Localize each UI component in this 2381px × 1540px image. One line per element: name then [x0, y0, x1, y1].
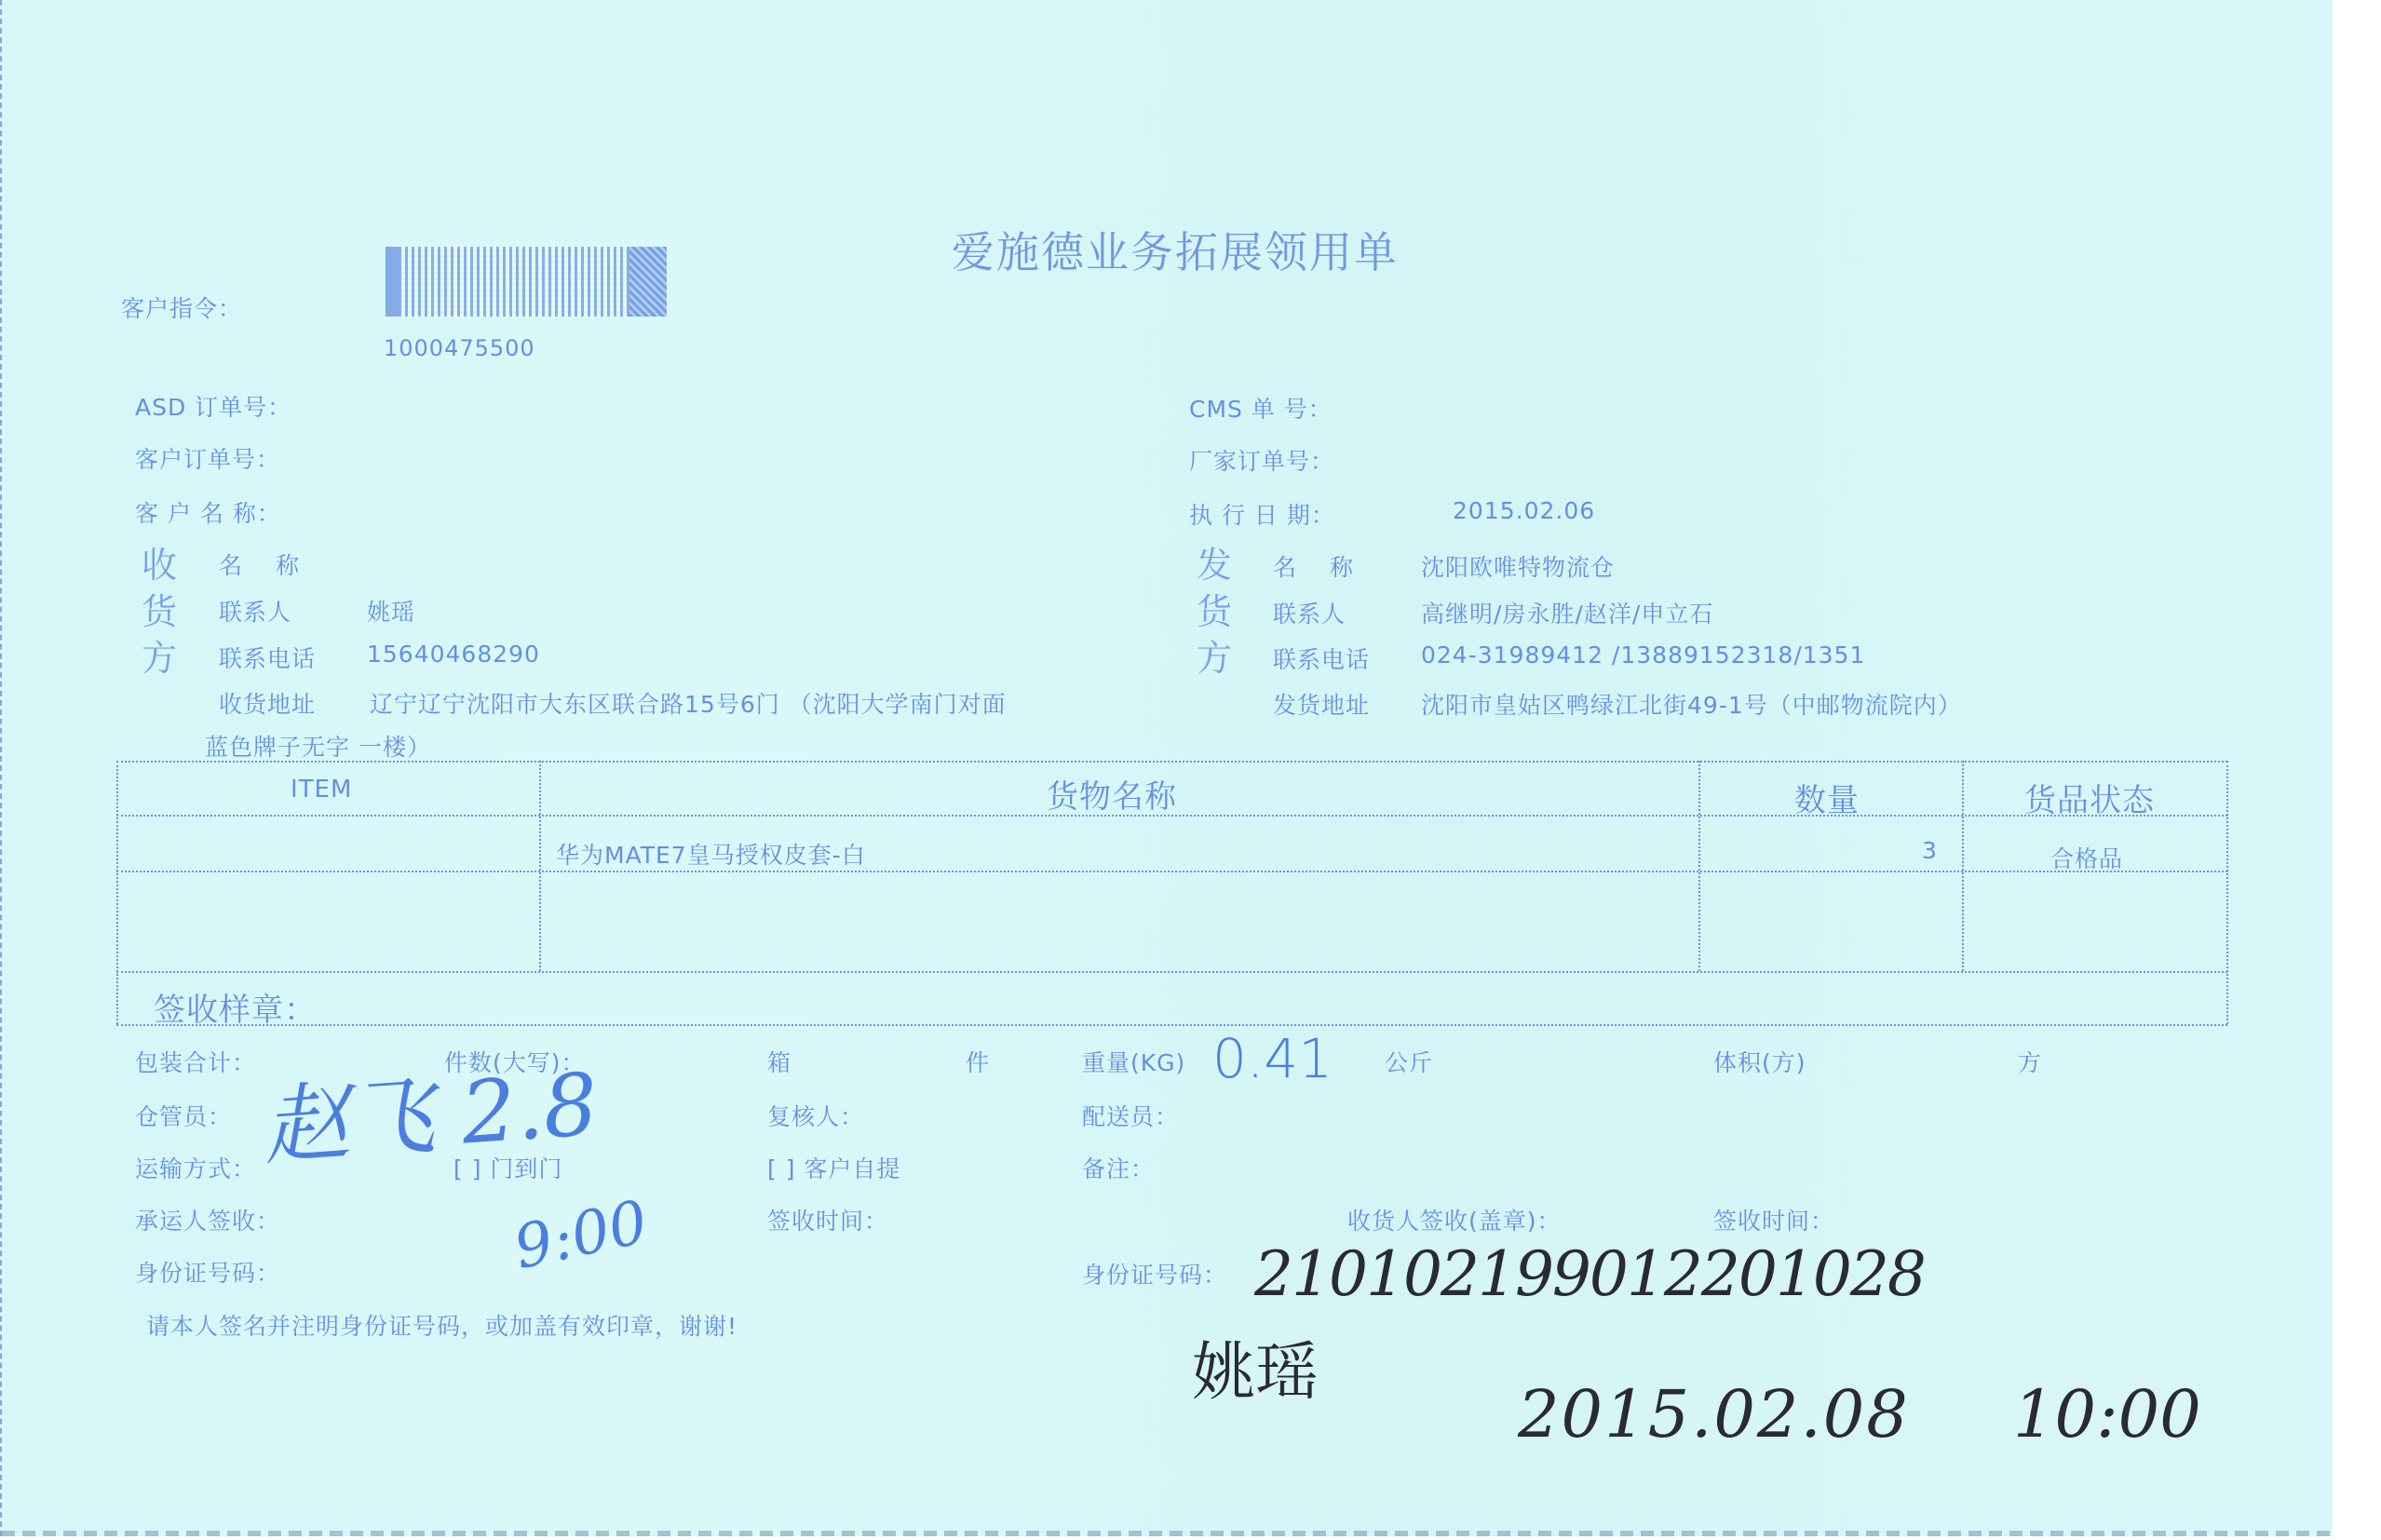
delivery-label: 配送员： [1082, 1099, 1179, 1132]
sender-address-value: 沈阳市皇姑区鸭绿江北街49-1号（中邮物流院内） [1421, 687, 1962, 721]
delivery-form-paper: 爱施德业务拓展领用单 客户指令： 1000475500 ASD 订单号： 客户订… [0, 0, 2333, 1536]
row-quantity: 3 [1922, 837, 1938, 864]
receiver-phone-label: 联系电话 [219, 641, 316, 674]
execution-date-label: 执 行 日 期： [1189, 497, 1335, 531]
customer-instruction-label: 客户指令： [121, 290, 242, 324]
piece-label: 件 [966, 1045, 990, 1078]
customer-name-label: 客 户 名 称： [135, 495, 281, 529]
weight-value: 0.41 [1212, 1027, 1333, 1090]
carrier-sign-label: 承运人签收： [135, 1203, 280, 1236]
asd-order-label: ASD 订单号： [135, 389, 291, 423]
row-goods-name: 华为MATE7皇马授权皮套-白 [556, 837, 866, 871]
receive-date: 2015.02.08 [1518, 1376, 1910, 1452]
sender-side-char-3: 方 [1197, 629, 1233, 681]
receiver-address-label: 收货地址 [219, 686, 316, 720]
volume-label: 体积(方) [1713, 1045, 1806, 1078]
stamp-label: 签收样章： [154, 984, 317, 1030]
self-pickup-checkbox[interactable]: [ ] 客户自提 [767, 1151, 900, 1184]
receiver-contact-value: 姚瑶 [367, 594, 415, 628]
receiver-name-label: 名 称 [219, 547, 312, 581]
checker-label: 复核人： [767, 1099, 864, 1132]
execution-date-value: 2015.02.06 [1453, 497, 1595, 524]
sender-name-label: 名 称 [1273, 549, 1366, 583]
sender-phone-label: 联系电话 [1273, 642, 1370, 675]
receiver-address-line2: 蓝色牌子无字 一楼） [205, 729, 431, 763]
signature-notice: 请本人签名并注明身份证号码，或加盖有效印章，谢谢! [146, 1308, 737, 1342]
receiver-address-line1: 辽宁辽宁沈阳市大东区联合路15号6门 （沈阳大学南门对面 [370, 686, 1007, 720]
sender-side-char-1: 发 [1197, 536, 1233, 588]
transport-label: 运输方式： [135, 1151, 256, 1184]
keeper-label: 仓管员： [135, 1099, 232, 1132]
receiver-signature: 姚瑶 [1192, 1322, 1319, 1412]
receive-time: 10:00 [2013, 1376, 2201, 1452]
remark-label: 备注： [1082, 1151, 1155, 1184]
door-to-door-checkbox[interactable]: [ ] 门到门 [453, 1151, 562, 1184]
factory-order-label: 厂家订单号： [1189, 443, 1334, 477]
sender-address-label: 发货地址 [1273, 687, 1370, 721]
table-header-status: 货品状态 [2024, 775, 2155, 820]
carrier-mark: 9:00 [508, 1188, 654, 1283]
volume-unit: 方 [2018, 1045, 2042, 1078]
cms-number-label: CMS 单 号： [1189, 391, 1333, 425]
form-title: 爱施德业务拓展领用单 [952, 219, 1399, 280]
receiver-side-char-3: 方 [142, 629, 178, 681]
sender-contact-label: 联系人 [1273, 596, 1346, 629]
receiver-phone-value: 15640468290 [367, 641, 540, 668]
barcode-image [386, 247, 667, 317]
table-header-goods-name: 货物名称 [1047, 771, 1177, 817]
carrier-sign-time-label: 签收时间： [767, 1203, 888, 1236]
sender-name-value: 沈阳欧唯特物流仓 [1421, 549, 1615, 583]
receiver-side-char-1: 收 [142, 536, 178, 588]
sender-phone-value: 024-31989412 /13889152318/1351 [1421, 642, 1865, 669]
barcode-number: 1000475500 [384, 335, 535, 361]
row-status: 合格品 [2050, 841, 2123, 874]
receiver-id-number: 210102199012201028 [1254, 1238, 1925, 1310]
box-label: 箱 [767, 1045, 791, 1078]
table-header-quantity: 数量 [1794, 775, 1860, 820]
kg-label: 公斤 [1385, 1045, 1433, 1078]
receiver-side-char-2: 货 [142, 583, 178, 634]
receiver-sign-label: 收货人签收(盖章)： [1347, 1203, 1562, 1236]
customer-order-label: 客户订单号： [135, 441, 280, 475]
table-header-item: ITEM [291, 776, 352, 804]
pack-total-label: 包装合计： [135, 1045, 256, 1078]
id-label-left: 身份证号码： [135, 1255, 280, 1289]
sender-contact-value: 高继明/房永胜/赵洋/申立石 [1421, 596, 1713, 629]
receiver-contact-label: 联系人 [219, 594, 291, 628]
receiver-sign-time-label: 签收时间： [1713, 1203, 1834, 1236]
id-label-right: 身份证号码： [1082, 1257, 1227, 1290]
weight-label: 重量(KG) [1082, 1045, 1185, 1078]
sender-side-char-2: 货 [1197, 583, 1233, 634]
